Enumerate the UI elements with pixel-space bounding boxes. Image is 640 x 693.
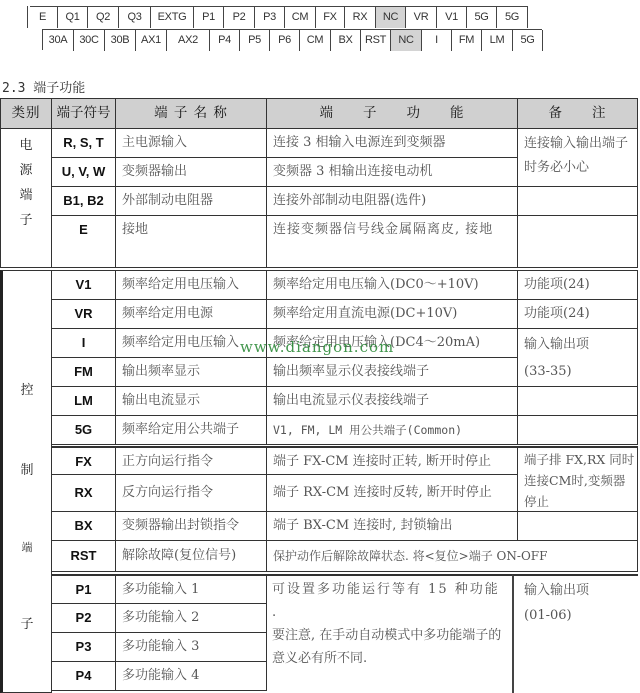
remark-empty [517, 215, 638, 268]
remark-line: (33-35) [524, 358, 637, 385]
name-inverter-output: 变频器输出 [115, 157, 267, 187]
header-symbol: 端子符号 [51, 98, 116, 129]
terminal-p1: P1 [194, 7, 224, 28]
function-fx: 端子 FX-CM 连接时正转, 断开时停止 [266, 446, 518, 475]
remark-empty [517, 386, 638, 416]
terminal-p3: P3 [255, 7, 285, 28]
function-rx: 端子 RX-CM 连接时反转, 断开时停止 [266, 474, 518, 512]
symbol-5g: 5G [51, 415, 116, 445]
category-char: 端 [1, 183, 51, 208]
header-remark: 备 注 [517, 98, 638, 129]
name-brake-resistor: 外部制动电阻器 [115, 186, 267, 216]
section-title: 2.3 端子功能 [2, 77, 85, 96]
function-multi-input: 可设置多功能运行等有 15 种功能 . 要注意, 在手动自动模式中多功能端子的意… [266, 574, 513, 693]
terminal-extg: EXTG [151, 7, 194, 28]
terminal-rst: RST [361, 30, 391, 51]
terminal-bx: BX [331, 30, 361, 51]
terminal-q2: Q2 [88, 7, 119, 28]
name-p2: 多功能输入 2 [115, 603, 267, 633]
symbol-p2: P2 [51, 603, 116, 633]
category-char: 控 [3, 379, 51, 398]
name-ground: 接地 [115, 215, 267, 268]
terminal-q3: Q3 [119, 7, 151, 28]
remark-v1: 功能项(24) [517, 270, 638, 300]
category-char: 制 [3, 459, 51, 478]
remark-power-io: 连接输入输出端子时务必小心 [517, 128, 638, 187]
symbol-e: E [51, 215, 116, 268]
terminal-v1: V1 [437, 7, 467, 28]
remark-vr: 功能项(24) [517, 299, 638, 329]
terminal-cm: CM [300, 30, 331, 51]
header-function: 端 子 功 能 [266, 98, 518, 129]
terminal-cm: CM [285, 7, 316, 28]
header-name: 端 子 名 称 [115, 98, 267, 129]
name-p1: 多功能输入 1 [115, 574, 267, 604]
terminal-ax1: AX1 [136, 30, 167, 51]
remark-line: 输入输出项 [524, 578, 638, 603]
remark-empty [517, 415, 638, 445]
remark-multi-input: 输入输出项 (01-06) [512, 574, 638, 693]
function-lm: 输出电流显示仪表接线端子 [266, 386, 518, 416]
function-fm: 输出频率显示仪表接线端子 [266, 357, 518, 387]
symbol-i: I [51, 328, 116, 358]
symbol-v1: V1 [51, 270, 116, 300]
multi-function-line: 要注意, 在手动自动模式中多功能端子的意义必有所不同. [272, 624, 505, 670]
terminal-30b: 30B [105, 30, 136, 51]
symbol-rx: RX [51, 474, 116, 512]
remark-empty [517, 186, 638, 216]
symbol-p4: P4 [51, 661, 116, 691]
symbol-p3: P3 [51, 632, 116, 662]
terminal-p2: P2 [224, 7, 255, 28]
function-rst: 保护动作后解除故障状态. 将<复位>端子 ON-OFF [266, 540, 638, 572]
category-control-terminals: 控 制 端 子 [0, 270, 52, 693]
terminal-30a: 30A [43, 30, 74, 51]
function-ground: 连接变频器信号线金属隔离皮, 接地 [266, 215, 518, 268]
name-rst: 解除故障(复位信号) [115, 540, 267, 572]
terminal-rx: RX [345, 7, 376, 28]
terminal-ax2: AX2 [167, 30, 210, 51]
terminal-p6: P6 [270, 30, 300, 51]
name-vr: 频率给定用电源 [115, 299, 267, 329]
terminal-nc: NC [391, 30, 422, 51]
remark-i-fm: 输入输出项 (33-35) [517, 328, 638, 387]
symbol-b1-b2: B1, B2 [51, 186, 116, 216]
terminal-5g: 5G [513, 30, 543, 51]
remark-line: (01-06) [524, 603, 638, 628]
function-brake-resistor: 连接外部制动电阻器(选件) [266, 186, 518, 216]
name-bx: 变频器输出封锁指令 [115, 511, 267, 541]
terminal-nc: NC [376, 7, 406, 28]
terminal-vr: VR [406, 7, 437, 28]
function-v1: 频率给定用电压输入(DC0～+10V) [266, 270, 518, 300]
category-char: 端 [3, 539, 51, 555]
header-category: 类别 [0, 98, 52, 129]
symbol-bx: BX [51, 511, 116, 541]
symbol-lm: LM [51, 386, 116, 416]
symbol-fx: FX [51, 446, 116, 475]
terminal-e: E [28, 7, 58, 28]
name-5g: 频率给定用公共端子 [115, 415, 267, 445]
category-char: 子 [3, 613, 51, 632]
name-main-power-input: 主电源输入 [115, 128, 267, 158]
remark-empty [517, 511, 638, 541]
multi-function-line: 可设置多功能运行等有 15 种功能 . [272, 578, 505, 624]
function-vr: 频率给定用直流电源(DC+10V) [266, 299, 518, 329]
symbol-fm: FM [51, 357, 116, 387]
terminal-5g: 5G [467, 7, 497, 28]
name-p4: 多功能输入 4 [115, 661, 267, 691]
symbol-uvw: U, V, W [51, 157, 116, 187]
function-5g: V1, FM, LM 用公共端子(Common) [266, 415, 518, 445]
remark-fx-rx: 端子排 FX,RX 同时连接CM时,变频器停止 [517, 446, 638, 512]
terminal-fx: FX [316, 7, 345, 28]
terminal-q1: Q1 [58, 7, 88, 28]
terminal-p5: P5 [240, 30, 270, 51]
terminal-i: I [422, 30, 452, 51]
function-inverter-output: 变频器 3 相输出连接电动机 [266, 157, 518, 187]
category-char: 源 [1, 158, 51, 183]
symbol-vr: VR [51, 299, 116, 329]
terminal-p4: P4 [210, 30, 240, 51]
category-power-terminals: 电 源 端 子 [0, 128, 52, 268]
name-lm: 输出电流显示 [115, 386, 267, 416]
name-fx: 正方向运行指令 [115, 446, 267, 475]
function-main-power-input: 连接 3 相输入电源连到变频器 [266, 128, 518, 158]
watermark: www.diangon.com [240, 338, 394, 356]
name-rx: 反方向运行指令 [115, 474, 267, 512]
name-fm: 输出频率显示 [115, 357, 267, 387]
name-p3: 多功能输入 3 [115, 632, 267, 662]
symbol-rst: RST [51, 540, 116, 572]
terminal-lm: LM [482, 30, 513, 51]
remark-line: 输入输出项 [524, 331, 637, 358]
terminal-fm: FM [452, 30, 482, 51]
symbol-rst-power: R, S, T [51, 128, 116, 158]
terminal-strip-diagram: E Q1 Q2 Q3 EXTG P1 P2 P3 CM FX RX NC VR … [0, 0, 640, 50]
terminal-5g: 5G [497, 7, 528, 28]
terminal-30c: 30C [74, 30, 105, 51]
function-bx: 端子 BX-CM 连接时, 封锁输出 [266, 511, 518, 541]
name-v1: 频率给定用电压输入 [115, 270, 267, 300]
category-char: 电 [1, 133, 51, 158]
category-char: 子 [1, 208, 51, 233]
symbol-p1: P1 [51, 574, 116, 604]
